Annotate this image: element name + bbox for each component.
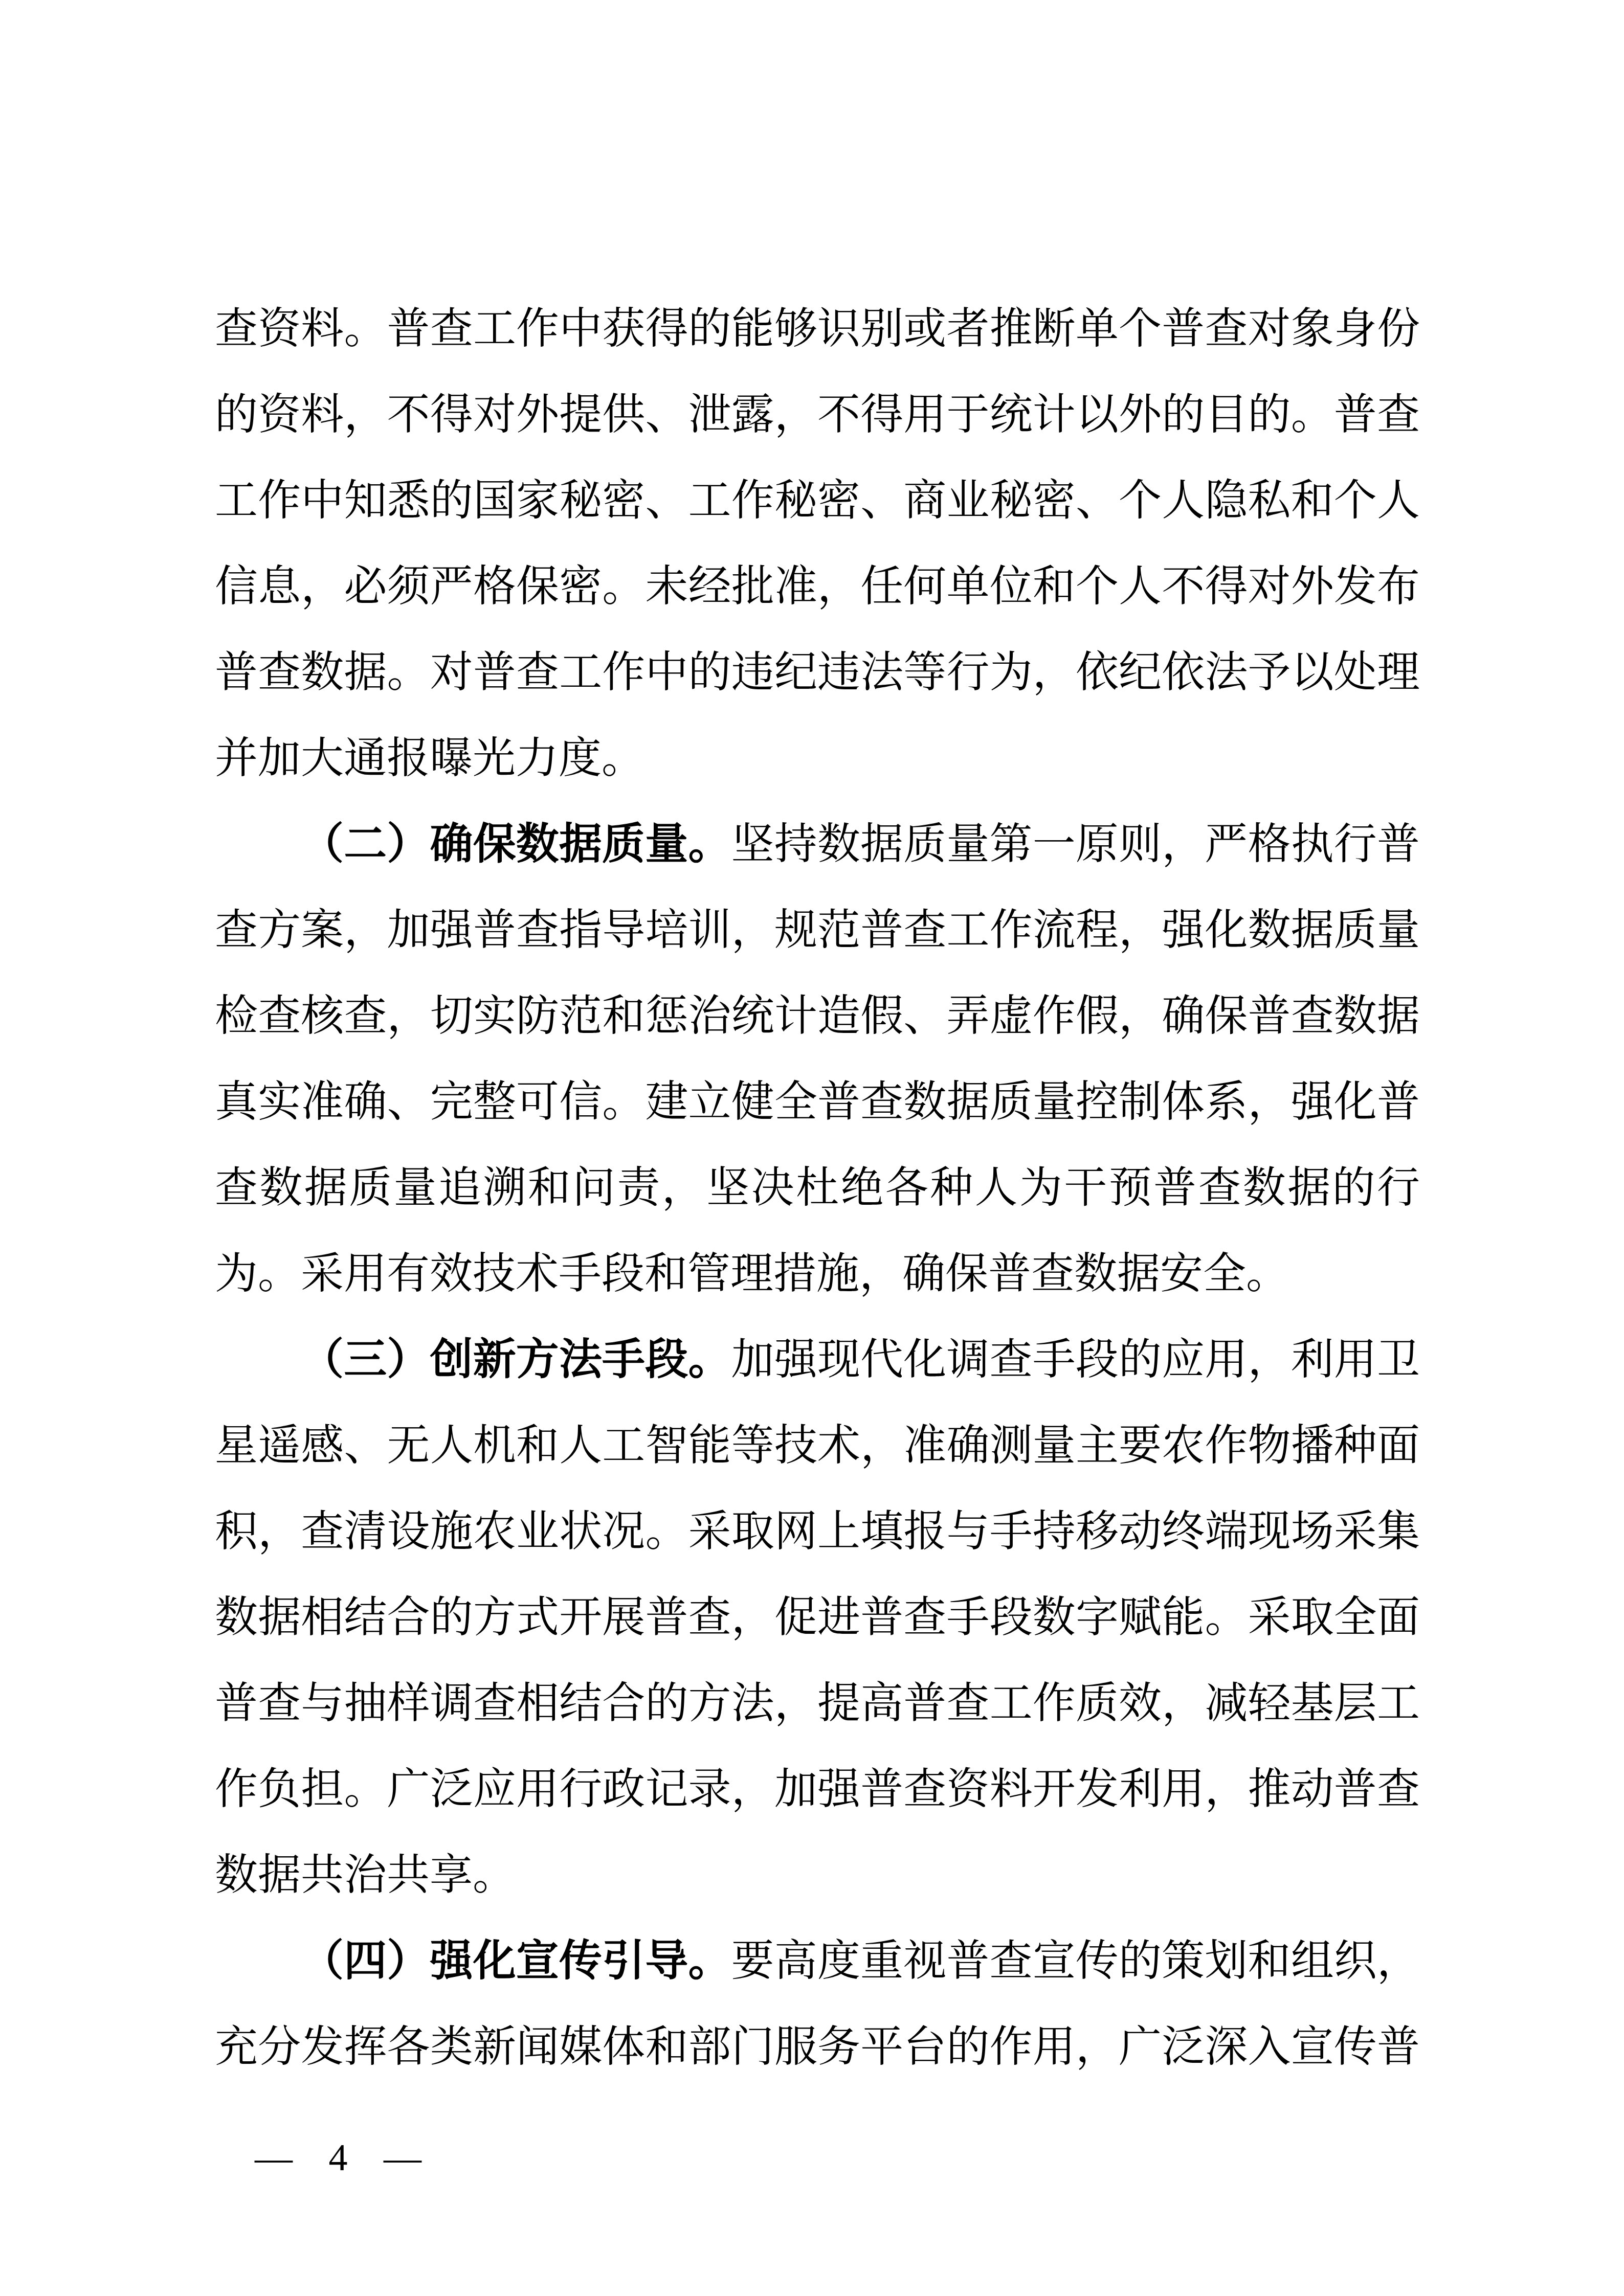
text-line: 检查核查，切实防范和惩治统计造假、弄虚作假，确保普查数据 <box>215 974 1420 1060</box>
text-line: 普查数据。对普查工作中的违纪违法等行为，依纪依法予以处理 <box>215 630 1420 716</box>
line-text: 真实准确、完整可信。建立健全普查数据质量控制体系，强化普 <box>215 1078 1420 1126</box>
line-text: 坚持数据质量第一原则，严格执行普 <box>731 821 1420 868</box>
document-page: 查资料。普查工作中获得的能够识别或者推断单个普查对象身份 的资料，不得对外提供、… <box>0 0 1624 2296</box>
text-line: 真实准确、完整可信。建立健全普查数据质量控制体系，强化普 <box>215 1060 1420 1145</box>
line-text: 工作中知悉的国家秘密、工作秘密、商业秘密、个人隐私和个人 <box>215 477 1420 525</box>
line-text: 查资料。普查工作中获得的能够识别或者推断单个普查对象身份 <box>215 305 1420 353</box>
section-heading-3: （三）创新方法手段。 <box>301 1336 731 1384</box>
line-text: 星遥感、无人机和人工智能等技术，准确测量主要农作物播种面 <box>215 1422 1420 1470</box>
text-line: 查数据质量追溯和问责，坚决杜绝各种人为干预普查数据的行 <box>215 1145 1420 1231</box>
line-text: 检查核查，切实防范和惩治统计造假、弄虚作假，确保普查数据 <box>215 993 1420 1040</box>
line-text: 查方案，加强普查指导培训，规范普查工作流程，强化数据质量 <box>215 907 1420 954</box>
text-line: 星遥感、无人机和人工智能等技术，准确测量主要农作物播种面 <box>215 1403 1420 1489</box>
text-line: 作负担。广泛应用行政记录，加强普查资料开发利用，推动普查 <box>215 1747 1420 1833</box>
text-line: 数据相结合的方式开展普查，促进普查手段数字赋能。采取全面 <box>215 1575 1420 1661</box>
line-text: 要高度重视普查宣传的策划和组织， <box>731 1938 1420 1985</box>
text-line: 查资料。普查工作中获得的能够识别或者推断单个普查对象身份 <box>215 286 1420 372</box>
text-line: 充分发挥各类新闻媒体和部门服务平台的作用，广泛深入宣传普 <box>215 2005 1420 2090</box>
line-text: 充分发挥各类新闻媒体和部门服务平台的作用，广泛深入宣传普 <box>215 2023 1420 2071</box>
text-line: （三）创新方法手段。加强现代化调查手段的应用，利用卫 <box>215 1317 1420 1403</box>
line-text: 普查与抽样调查相结合的方法，提高普查工作质效，减轻基层工 <box>215 1680 1420 1727</box>
text-line: 并加大通报曝光力度。 <box>215 716 1420 802</box>
text-line: 数据共治共享。 <box>215 1833 1420 1919</box>
line-text: 并加大通报曝光力度。 <box>215 735 644 782</box>
page-number: — 4 — <box>255 2137 428 2179</box>
text-line: 积，查清设施农业状况。采取网上填报与手持移动终端现场采集 <box>215 1489 1420 1575</box>
text-line: 信息，必须严格保密。未经批准，任何单位和个人不得对外发布 <box>215 544 1420 630</box>
text-line: 普查与抽样调查相结合的方法，提高普查工作质效，减轻基层工 <box>215 1661 1420 1747</box>
document-text: 查资料。普查工作中获得的能够识别或者推断单个普查对象身份 的资料，不得对外提供、… <box>215 286 1420 2090</box>
line-text: 普查数据。对普查工作中的违纪违法等行为，依纪依法予以处理 <box>215 649 1420 696</box>
section-heading-4: （四）强化宣传引导。 <box>301 1938 731 1985</box>
line-text: 加强现代化调查手段的应用，利用卫 <box>731 1336 1420 1384</box>
line-text: 查数据质量追溯和问责，坚决杜绝各种人为干预普查数据的行 <box>215 1164 1420 1212</box>
line-text: 信息，必须严格保密。未经批准，任何单位和个人不得对外发布 <box>215 563 1420 611</box>
line-text: 为。采用有效技术手段和管理措施，确保普查数据安全。 <box>215 1250 1289 1298</box>
line-text: 数据相结合的方式开展普查，促进普查手段数字赋能。采取全面 <box>215 1594 1420 1641</box>
section-heading-2: （二）确保数据质量。 <box>301 821 731 868</box>
line-text: 作负担。广泛应用行政记录，加强普查资料开发利用，推动普查 <box>215 1766 1420 1813</box>
line-text: 积，查清设施农业状况。采取网上填报与手持移动终端现场采集 <box>215 1508 1420 1556</box>
line-text: 的资料，不得对外提供、泄露，不得用于统计以外的目的。普查 <box>215 391 1420 439</box>
line-text: 数据共治共享。 <box>215 1852 516 1899</box>
text-line: 查方案，加强普查指导培训，规范普查工作流程，强化数据质量 <box>215 888 1420 974</box>
text-line: 的资料，不得对外提供、泄露，不得用于统计以外的目的。普查 <box>215 372 1420 458</box>
text-line: 工作中知悉的国家秘密、工作秘密、商业秘密、个人隐私和个人 <box>215 458 1420 544</box>
text-line: （二）确保数据质量。坚持数据质量第一原则，严格执行普 <box>215 802 1420 888</box>
text-line: 为。采用有效技术手段和管理措施，确保普查数据安全。 <box>215 1231 1420 1317</box>
text-line: （四）强化宣传引导。要高度重视普查宣传的策划和组织， <box>215 1919 1420 2005</box>
page-footer: — 4 — <box>255 2127 428 2189</box>
